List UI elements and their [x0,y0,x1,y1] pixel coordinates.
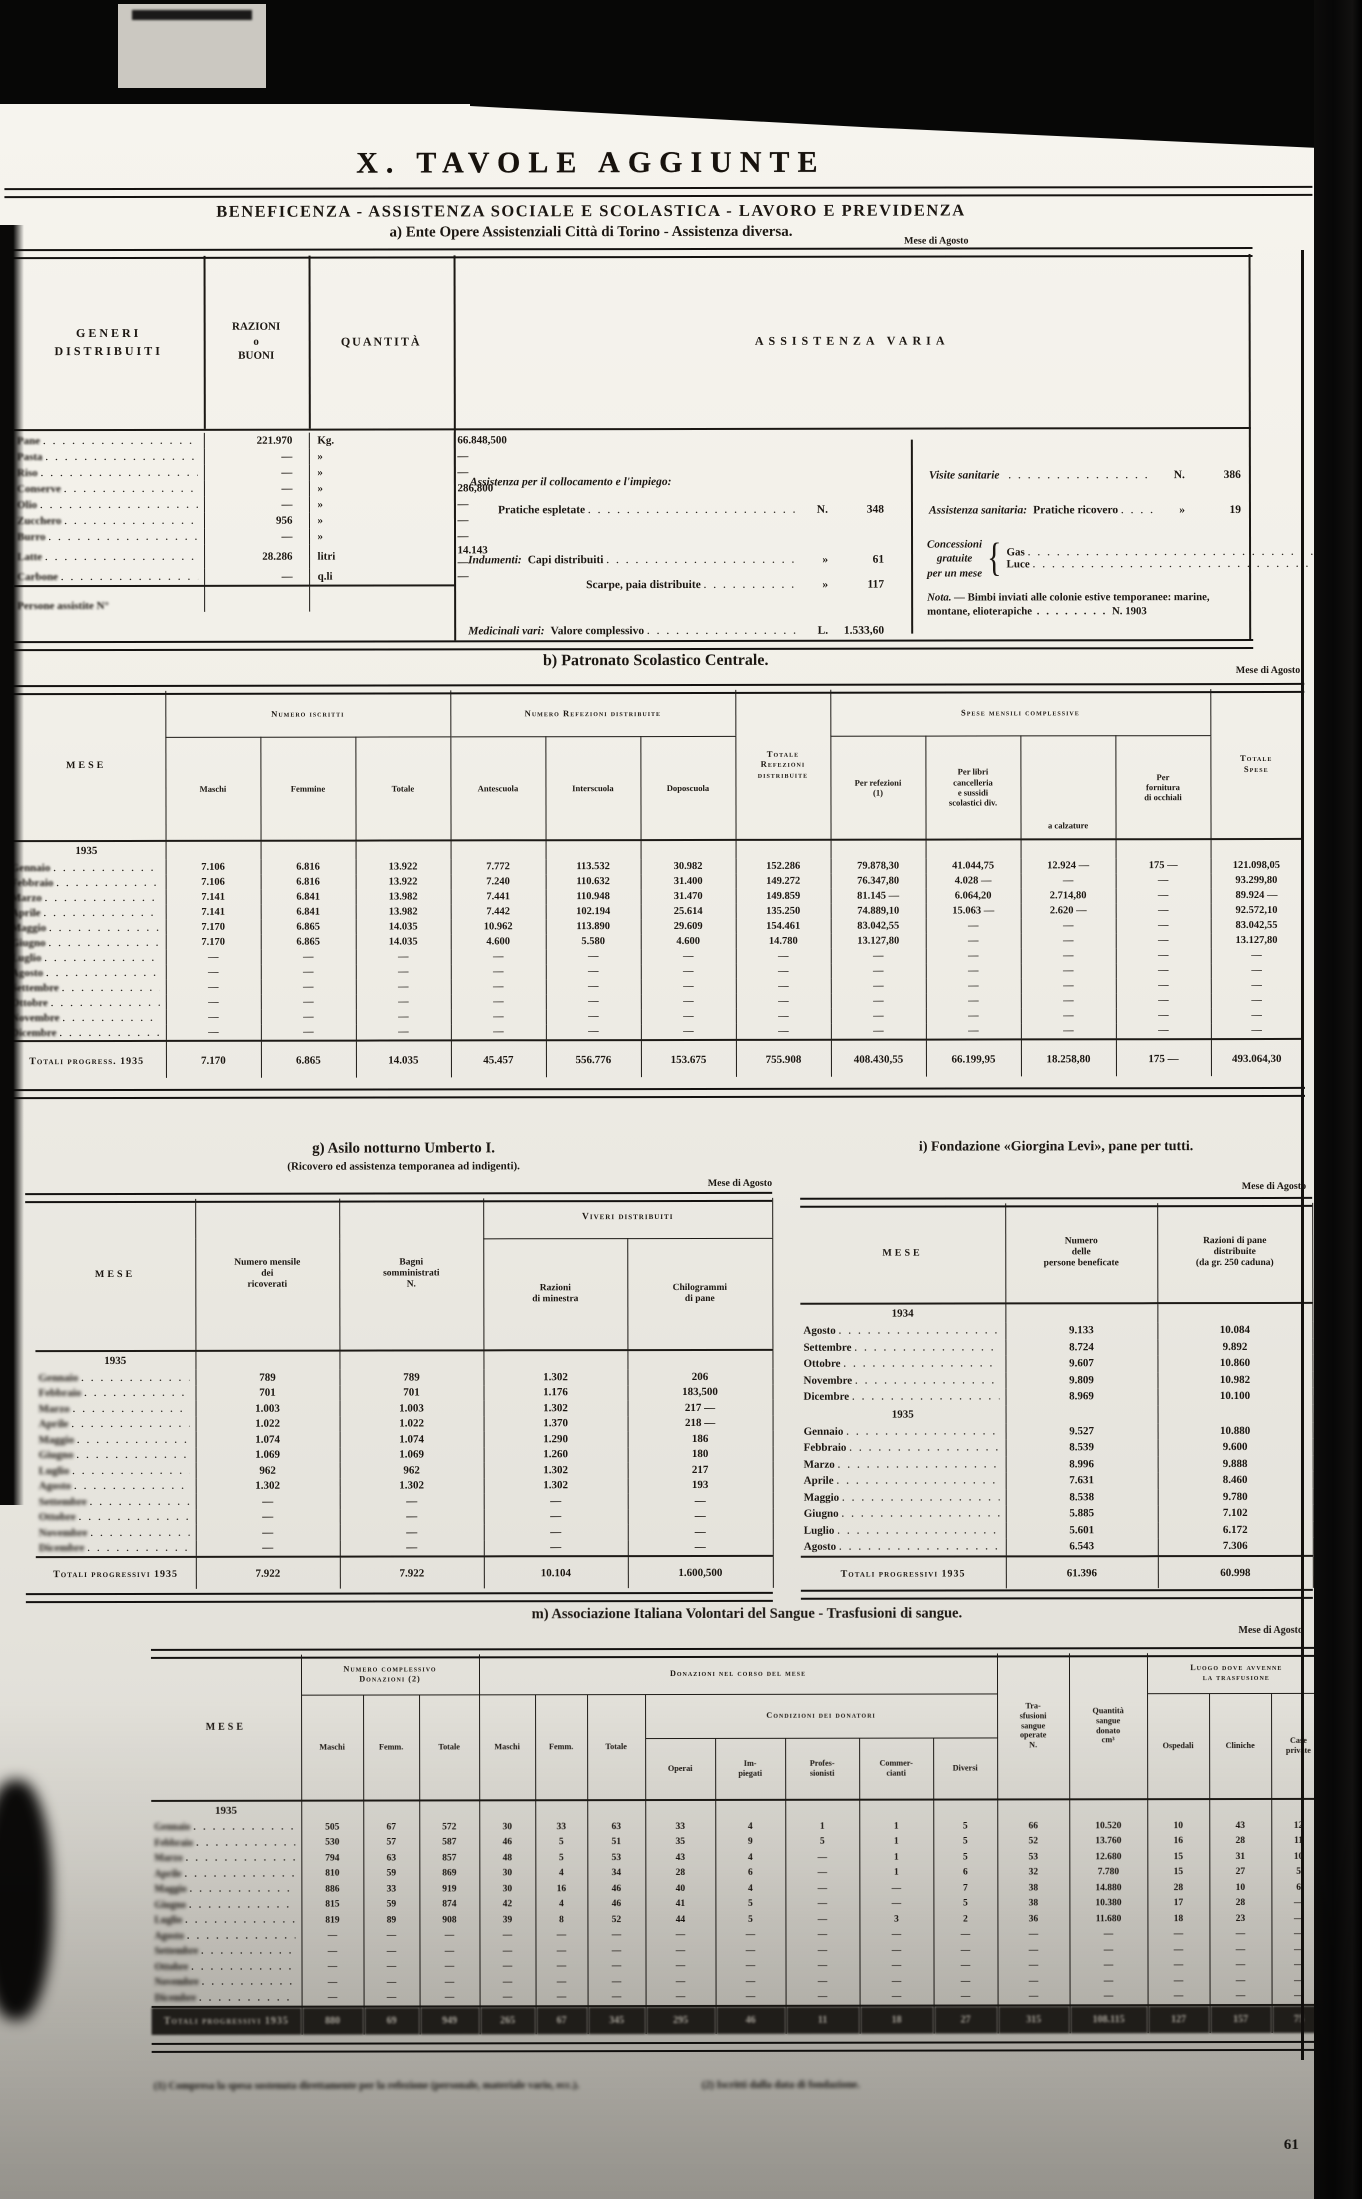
row-label-cell: Agosto [151,1928,301,1944]
data-cell: 15 [1147,1865,1209,1881]
data-cell: 63 [363,1850,419,1866]
fondazione-table-head: MESE Numero delle persone beneficate Raz… [800,1203,1312,1304]
data-cell: 10.520 [1069,1818,1147,1834]
month-label-m: Mese di Agosto [1238,1625,1302,1636]
row-label-cell: Maggio [151,1882,301,1898]
column-divider [309,256,311,429]
leader-dots [196,1838,295,1848]
data-cell: 44 [645,1912,715,1928]
row-label-cell: Marzo [36,1401,196,1417]
data-cell: — [301,1928,363,1944]
brace-glyph: { [987,536,1001,582]
data-cell: 701 [195,1385,339,1401]
data-cell: — [859,1896,933,1912]
data-cell: — [785,1850,859,1866]
leader-dots [90,1527,189,1539]
row-label: Luglio [154,1915,182,1926]
data-cell: — [480,1990,536,2007]
leader-dots [1009,469,1154,481]
row-label-cell: Totali progress. 1935 [8,1041,166,1078]
data-cell: 186 [628,1431,773,1447]
data-cell: — [204,569,309,586]
header-razioni-buoni: RAZIONI o BUONI [204,256,309,428]
data-cell: — [1211,948,1303,963]
data-cell: 29.609 [641,919,736,934]
data-cell: 295 [646,2006,716,2034]
data-cell: 89.924 — [1211,888,1303,903]
data-cell: — [786,1974,860,1990]
data-cell: 218 — [628,1415,773,1431]
persone-assistite-row: Persone assistite N° [14,585,454,612]
row-label-cell: Giugno [36,1447,196,1463]
data-cell: 27 [1209,1864,1271,1880]
leader-dots [190,1885,295,1895]
year-row: 1935 [151,1799,1325,1820]
data-cell: — [1070,1989,1148,2006]
data-cell: 38 [997,1896,1069,1912]
data-cell: 8.724 [1005,1339,1157,1356]
fondazione-1935-rows: Gennaio9.52710.880Febbraio8.5399.600Marz… [801,1422,1313,1556]
data-cell: 4 [535,1897,587,1913]
leader-dots [837,1524,999,1536]
data-cell: 886 [301,1882,363,1898]
data-cell: — [1116,888,1211,903]
table-row: Giugno1.0691.0691.260180 [36,1446,773,1463]
year-row: 1934 [800,1303,1312,1323]
row-label: Maggio [804,1491,839,1503]
data-cell: 153.675 [641,1040,736,1077]
data-cell: — [926,978,1021,993]
data-cell: » [309,496,454,512]
table-row: Agosto9.13310.084 [800,1322,1312,1339]
data-cell: 556.776 [546,1040,641,1077]
leader-dots [193,1823,294,1833]
data-cell: — [1070,1942,1148,1958]
data-cell: — [716,1943,786,1959]
data-cell: 5 [933,1849,997,1865]
data-cell: 10.100 [1158,1388,1313,1405]
data-cell: 92.572,10 [1211,903,1303,918]
data-cell: — [628,1493,773,1509]
row-label: Maggio [154,1884,186,1895]
leader-dots [588,504,797,516]
year-row: 1935 [8,839,1303,860]
data-cell: — [1116,903,1211,918]
collocamento-heading: Assistenza per il collocamento e l'impie… [470,476,672,488]
data-cell: 6 [933,1865,997,1881]
data-cell: 9.809 [1005,1372,1157,1389]
data-cell: 8.460 [1158,1472,1313,1489]
col-mese: MESE [7,691,165,841]
data-cell: 175 — [1116,858,1211,873]
data-cell: 30.982 [641,859,736,874]
document-content: X. TAVOLE AGGIUNTE BENEFICENZA - ASSISTE… [0,0,1362,2199]
data-cell: 89 [363,1912,419,1928]
data-cell: — [1210,1973,1272,1989]
data-cell: 701 [339,1385,483,1401]
data-cell: 908 [419,1912,479,1928]
data-cell: — [451,1009,546,1024]
table-row: Ottobre———— [36,1508,773,1525]
data-cell: 52 [997,1834,1069,1850]
leader-dots [704,579,797,591]
data-cell: — [356,979,451,994]
section-g-heading: g) Asilo notturno Umberto I. [35,1140,772,1158]
totals-label: Totali progress. 1935 [29,1056,144,1067]
data-cell: 221.970 [204,433,309,449]
data-cell: — [934,1973,998,1989]
row-label-cell: Marzo [8,890,166,905]
data-cell: — [1021,1023,1116,1039]
data-cell: — [261,1025,356,1041]
data-cell: 7.780 [1069,1865,1147,1881]
data-cell: 5 [715,1912,785,1928]
group-donazioni-mese: Donazioni nel corso del mese [479,1653,997,1694]
data-cell: — [646,1974,716,1990]
data-cell: — [451,1024,546,1040]
data-cell: 175 — [1116,1039,1211,1076]
data-cell: 5 [933,1896,997,1912]
leader-dots [854,1341,998,1353]
header-row-groups: MESE Numero iscritti Numero Refezioni di… [7,689,1302,737]
data-cell: 7.772 [451,859,546,874]
data-cell: 8.969 [1006,1388,1158,1405]
data-cell: — [1021,948,1116,963]
row-label-cell: Novembre [152,1975,302,1991]
data-cell: — [451,949,546,964]
data-cell: 10.104 [484,1556,628,1588]
row-label: Settembre [154,1946,198,1957]
table-row: Ottobre9.60710.860 [800,1355,1312,1372]
data-cell: — [786,1958,860,1974]
data-cell: 5.601 [1006,1522,1158,1539]
data-cell: 1.370 [484,1416,628,1432]
page-frame-line [1301,250,1304,2060]
patronato-table-head: MESE Numero iscritti Numero Refezioni di… [7,689,1302,841]
data-cell: 10.982 [1157,1371,1312,1388]
data-cell: 28.286 [204,545,309,569]
data-cell: — [364,1990,420,2007]
data-cell: 919 [419,1881,479,1897]
data-cell: — [646,1958,716,1974]
col-professionisti: Profes- sionisti [785,1738,859,1800]
data-cell: 9.133 [1005,1322,1157,1339]
data-cell: 46 [479,1835,535,1851]
data-cell: 81.145 — [831,889,926,904]
row-label-cell: Gennaio [801,1423,1006,1440]
data-cell: 66.199,95 [926,1039,1021,1076]
leader-dots [51,997,159,1008]
section-a-heading: a) Ente Opere Assistenziali Città di Tor… [0,223,1184,242]
col-maschi-complessivo: Maschi [301,1695,363,1801]
data-cell: 10.380 [1069,1896,1147,1912]
data-cell: 127 [1148,2005,1210,2033]
data-cell: — [1070,1973,1148,1989]
data-cell: 11 [786,2006,860,2034]
table-row: Carbone—q.li— [14,568,454,586]
col-mese: MESE [151,1655,301,1801]
data-cell: 1.003 [340,1400,484,1416]
concessioni-block: Concessioni gratuite per un mese { GasN.… [927,537,1245,580]
data-cell: 4.600 [451,934,546,949]
row-label-cell: Aprile [8,905,166,920]
data-cell: 874 [419,1897,479,1913]
leader-dots [81,1372,189,1384]
data-cell: 755.908 [736,1040,831,1077]
data-cell: 315 [998,2005,1070,2033]
data-cell: 10 [1209,1880,1271,1896]
data-cell: — [356,994,451,1009]
row-label-cell: Giugno [151,1897,301,1913]
row-label: Agosto [39,1480,71,1492]
data-cell: — [645,1927,715,1943]
data-cell: 7.922 [196,1557,340,1589]
row-label-cell: Totali progressivi 1935 [36,1557,196,1589]
data-cell: 14.880 [1069,1880,1147,1896]
row-label-cell: Maggio [801,1489,1006,1506]
leader-dots [49,531,198,543]
data-cell: — [1211,963,1303,978]
data-cell: » [309,512,454,528]
table-row: Burro—»— [14,528,454,545]
data-cell: 4 [715,1881,785,1897]
data-cell: — [1148,1989,1210,2006]
data-cell: 789 [339,1369,483,1385]
data-cell: — [420,1974,480,1990]
rule [152,2041,1344,2053]
data-cell: — [1210,1957,1272,1973]
leader-dots [53,862,159,873]
row-label-cell: Ottobre [152,1959,302,1975]
row-label: Dicembre [155,1993,196,2004]
data-cell: — [546,949,641,964]
data-cell: — [926,933,1021,948]
row-label-cell: Febbraio [35,1385,195,1401]
data-cell: — [204,529,309,545]
table-row: Novembre———— [36,1524,773,1541]
section-b-heading: b) Patronato Scolastico Centrale. [7,651,1304,671]
year-label: 1935 [151,1801,301,1820]
data-cell: 5 [785,1834,859,1850]
data-cell: — [998,1942,1070,1958]
data-cell: — [363,1928,419,1944]
data-cell: 11.680 [1069,1911,1147,1927]
data-cell: — [736,979,831,994]
data-cell: 30 [479,1881,535,1897]
col-doposcuola: Doposcuola [640,736,735,840]
data-cell: — [1211,993,1303,1008]
rule [26,1592,773,1603]
data-cell: 46 [587,1897,645,1913]
data-cell: 110.632 [546,874,641,889]
data-cell: — [484,1509,628,1525]
data-cell: 345 [588,2006,646,2034]
leader-dots [46,451,198,463]
data-cell: — [356,1009,451,1024]
group-numero-complessivo: Numero complessivo Donazioni (2) [301,1654,479,1694]
data-cell: — [1021,978,1116,993]
data-cell: — [196,1509,340,1525]
data-cell: — [166,1025,261,1041]
data-cell: — [1116,933,1211,948]
data-cell: 1.003 [196,1401,340,1417]
leader-dots [63,1012,160,1023]
header-row-subcolumns: Maschi Femmine Totale Antescuola Intersc… [7,735,1302,841]
row-label: Novembre [39,1527,88,1539]
col-totale-complessivo: Totale [419,1694,479,1800]
rule [801,1589,1313,1600]
table-row: Settembre8.7249.892 [800,1338,1312,1355]
data-cell: 1.302 [484,1478,628,1494]
data-cell: 33 [645,1819,715,1835]
data-cell: — [1210,1988,1272,2005]
data-cell: — [831,979,926,994]
data-cell: — [628,1508,773,1524]
data-cell: — [480,1974,536,1990]
rule [8,639,1253,651]
data-cell: 4.028 — [926,873,1021,888]
data-cell: — [340,1493,484,1509]
data-cell: — [1070,1958,1148,1974]
data-cell: 14.035 [356,934,451,949]
leader-dots [837,1475,1000,1487]
row-label-cell: Dicembre [36,1540,196,1557]
data-cell: 7.141 [166,890,261,905]
data-cell: — [860,1989,934,2006]
data-cell: 962 [196,1463,340,1479]
data-cell: 31 [1209,1849,1271,1865]
data-cell: — [1116,918,1211,933]
group-numero-iscritti: Numero iscritti [165,690,450,736]
data-cell: 7.170 [166,1041,261,1078]
data-cell: 10.084 [1157,1322,1312,1339]
leader-dots [45,892,159,903]
data-cell: — [588,1959,646,1975]
col-per-libri: Per libri cancelleria e sussidi scolasti… [925,735,1020,839]
data-cell: 113.890 [546,919,641,934]
row-label-cell: Settembre [36,1494,196,1510]
data-cell: — [926,963,1021,978]
data-cell: 180 [628,1446,773,1462]
leader-dots [844,1358,999,1370]
data-cell: — [1069,1927,1147,1943]
table-row: Novembre9.80910.982 [800,1371,1312,1388]
leader-dots [1028,546,1355,559]
data-cell: 6.543 [1006,1538,1158,1556]
data-cell: — [261,995,356,1010]
row-label: Giugno [39,1449,74,1461]
leader-dots [838,1458,999,1470]
leader-dots [187,1931,295,1941]
row-label-cell: Agosto [801,1538,1006,1556]
data-cell: — [204,449,309,465]
data-cell: 13.760 [1069,1834,1147,1850]
data-cell: — [546,994,641,1009]
data-cell: — [480,1959,536,1975]
document-subtitle: BENEFICENZA - ASSISTENZA SOCIALE E SCOLA… [0,200,1183,222]
data-cell: 45.457 [451,1040,546,1077]
data-cell: — [831,964,926,979]
footnote-1: (1) Compresa la spesa sostenuta direttam… [154,2080,580,2092]
data-cell: — [934,1942,998,1958]
table-row: Luglio5.6016.172 [801,1521,1313,1538]
data-cell: 1 [785,1819,859,1835]
section-a-table: GENERI DISTRIBUITI RAZIONI o BUONI QUANT… [14,247,1252,649]
row-label: Ottobre [155,1962,189,1973]
data-cell: — [356,964,451,979]
data-cell: — [736,964,831,979]
data-cell: 53 [997,1849,1069,1865]
leader-dots [73,1403,189,1415]
data-cell: 57 [363,1835,419,1851]
data-cell: — [301,1944,363,1960]
leader-dots [76,1449,189,1461]
leader-dots [74,1480,189,1492]
data-cell: 7.306 [1158,1538,1313,1556]
year-row: 1935 [35,1350,772,1370]
data-cell: — [363,1959,419,1975]
col-persone-beneficate: Numero delle persone beneficate [1005,1203,1157,1303]
table-row: Aprile1.0221.0221.370218 — [36,1415,773,1432]
data-cell: — [1211,1008,1303,1023]
data-cell: 28 [645,1865,715,1881]
data-cell: — [1211,1023,1303,1039]
data-cell: 135.250 [736,904,831,919]
col-occhiali: Per fornitura di occhiali [1115,735,1210,839]
table-row: Conserve—»286,800 [14,480,454,497]
data-cell: — [588,1990,646,2007]
generi-table-foot: Persone assistite N° [14,585,454,612]
data-cell: 493.064,30 [1211,1039,1303,1076]
data-cell: 10 [1147,1818,1209,1834]
data-cell: — [646,1989,716,2006]
trasfusioni-totals: Totali progressivi 193588069949265673452… [152,2005,1326,2035]
patronato-table: MESE Numero iscritti Numero Refezioni di… [7,689,1304,1078]
leader-dots [849,1442,999,1454]
leader-dots [45,551,197,563]
data-cell: 32 [997,1865,1069,1881]
data-cell: — [998,1958,1070,1974]
month-label-b: Mese di Agosto [1236,665,1300,676]
header-label: QUANTITÀ [341,332,422,350]
data-cell: 61.396 [1006,1556,1158,1588]
data-cell: — [1021,963,1116,978]
title-rule [4,186,1312,198]
group-luogo-trasfusione: Luogo dove avvenne la trasfusione [1147,1653,1325,1693]
data-cell: 819 [301,1913,363,1929]
data-cell: 7.106 [166,860,261,875]
col-per-refezioni: Per refezioni (1) [830,736,925,840]
data-cell: 7.442 [451,904,546,919]
data-cell: 63 [587,1819,645,1835]
row-label: Gennaio [38,1372,78,1384]
data-cell: — [204,481,309,497]
header-label: GENERI DISTRIBUITI [54,324,162,360]
data-cell: 152.286 [736,859,831,874]
leader-dots [202,1978,295,1988]
data-cell: — [484,1540,628,1557]
leader-dots [1121,504,1154,516]
data-cell: — [859,1881,933,1897]
data-cell: 2 [933,1911,997,1927]
patronato-table-body: 1935 [8,839,1303,860]
data-cell: 7.102 [1158,1505,1313,1522]
data-cell: — [166,980,261,995]
data-cell: 42 [479,1897,535,1913]
data-cell: 1.074 [196,1432,340,1448]
data-cell: — [1116,873,1211,888]
table-row: Marzo8.9969.888 [801,1455,1313,1472]
